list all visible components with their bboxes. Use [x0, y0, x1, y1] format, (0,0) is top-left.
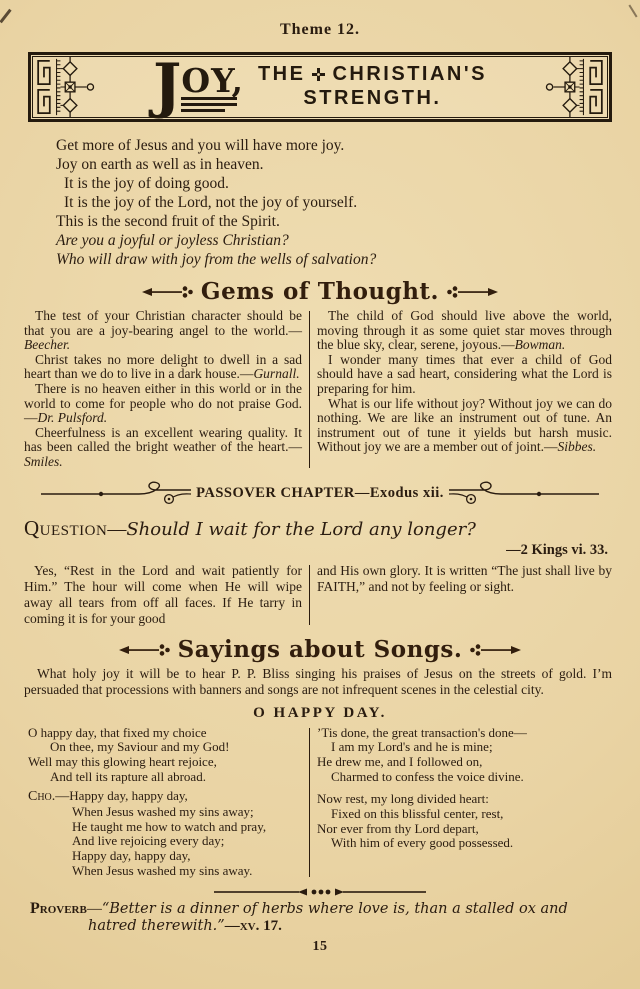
gems-quote: Christ takes no more delight to dwell in… [24, 353, 302, 382]
hymn-line: Fixed on this blissful center, rest, [317, 807, 612, 822]
gems-quote: The test of your Christian character sho… [24, 309, 302, 353]
intro-line: Joy on earth as well as in heaven. [56, 155, 620, 174]
hymn-columns: O happy day, that fixed my choice On the… [24, 726, 612, 879]
question-label: Question [24, 516, 107, 540]
hymn-line: And tell its rapture all abroad. [28, 770, 302, 785]
intro-line: Are you a joyful or joyless Christian? [56, 231, 620, 250]
theme-label: Theme 12. [0, 0, 640, 39]
heading-flourish-left-icon [119, 643, 171, 657]
proverb-reference: —xv. 17. [225, 918, 282, 934]
hymn-left-column: O happy day, that fixed my choice On the… [24, 726, 302, 879]
proverb-label: Proverb [30, 900, 87, 917]
hymn-line: O happy day, that fixed my choice [28, 726, 302, 741]
page-number: 15 [0, 939, 640, 955]
column-rule [309, 728, 310, 877]
question-answer: Yes, “Rest in the Lord and wait patientl… [24, 563, 302, 628]
title-underline [181, 109, 225, 112]
hymn-right-column: ’Tis done, the great transaction's done—… [317, 726, 612, 879]
intro-line: It is the joy of the Lord, not the joy o… [56, 193, 620, 212]
intro-line: It is the joy of doing good. [56, 174, 620, 193]
hymn-line: I am my Lord's and he is mine; [317, 740, 612, 755]
question-left-column: Yes, “Rest in the Lord and wait patientl… [24, 563, 302, 628]
hymn-line: Now rest, my long divided heart: [317, 792, 612, 807]
passover-divider: PASSOVER CHAPTER—Exodus xii. [0, 481, 640, 507]
gems-quote: There is no heaven either in this world … [24, 382, 302, 426]
heading-flourish-left-icon [142, 285, 194, 299]
question-columns: Yes, “Rest in the Lord and wait patientl… [24, 563, 612, 628]
gems-heading: Gems of Thought. [0, 278, 640, 305]
title-underline [181, 97, 237, 100]
hymn-line: When Jesus washed my sins away. [28, 864, 302, 879]
dotted-divider-icon [214, 887, 426, 897]
question-reference: —2 Kings vi. 33. [24, 542, 608, 559]
chorus-label: Cho.— [28, 789, 69, 804]
passover-label: PASSOVER CHAPTER—Exodus xii. [196, 485, 444, 502]
title-subtitle-strength: STRENGTH. [258, 86, 487, 110]
hymn-title: O HAPPY DAY. [0, 705, 640, 722]
gems-left-column: The test of your Christian character sho… [24, 309, 302, 470]
intro-line: Who will draw with joy from the wells of… [56, 250, 620, 269]
gems-quote: The child of God should live above the w… [317, 309, 612, 353]
page-title: J OY, THE [113, 57, 527, 117]
sayings-heading: Sayings about Songs. [0, 636, 640, 663]
question-text: Should I wait for the Lord any longer? [126, 519, 476, 540]
hymn-line: He taught me how to watch and pray, [28, 820, 302, 835]
hymn-line: Well may this glowing heart rejoice, [28, 755, 302, 770]
gems-heading-text: Gems of Thought. [201, 278, 439, 305]
heading-flourish-right-icon [446, 285, 498, 299]
title-subtitle-christians: CHRISTIAN'S [332, 62, 486, 86]
title-banner-inner: J OY, THE [32, 56, 608, 118]
sayings-paragraph: What holy joy it will be to hear P. P. B… [24, 666, 612, 697]
gems-quote: Cheerfulness is an excellent wearing qua… [24, 426, 302, 470]
intro-line: Get more of Jesus and you will have more… [56, 136, 620, 155]
banner-ornament-left-icon [33, 57, 113, 117]
hymn-line: He drew me, and I followed on, [317, 755, 612, 770]
question-right-column: and His own glory. It is written “The ju… [317, 563, 612, 628]
cross-icon [312, 68, 325, 81]
intro-line: This is the second fruit of the Spirit. [56, 212, 620, 231]
proverb-text: “Better is a dinner of herbs where love … [88, 901, 568, 935]
hymn-line: With him of every good possessed. [317, 836, 612, 851]
question-answer-cont: and His own glory. It is written “The ju… [317, 563, 612, 595]
hymn-line: ’Tis done, the great transaction's done— [317, 726, 612, 741]
title-subtitle-the: THE [258, 62, 306, 86]
hymn-line: On thee, my Saviour and my God! [28, 740, 302, 755]
column-rule [309, 311, 310, 468]
proverb: Proverb—“Better is a dinner of herbs whe… [30, 900, 614, 936]
title-subtitle: THE CHRISTIAN'S STRENGTH. [258, 62, 487, 110]
question-dash: — [107, 519, 126, 540]
hymn-line: When Jesus washed my sins away; [28, 805, 302, 820]
column-rule [309, 565, 310, 626]
title-word-rest: OY, [181, 68, 244, 94]
scroll-flourish-left-icon [41, 481, 191, 507]
quote-author: Dr. Pulsford. [38, 410, 108, 425]
title-dropcap: J [153, 61, 181, 111]
quote-author: Sibbes. [558, 439, 597, 454]
title-word-joy: J OY, [153, 61, 244, 112]
hymn-line: Charmed to confess the voice divine. [317, 770, 612, 785]
question-section: Question—Should I wait for the Lord any … [24, 516, 616, 559]
heading-flourish-right-icon [469, 643, 521, 657]
quote-author: Smiles. [24, 454, 63, 469]
scroll-flourish-right-icon [449, 481, 599, 507]
proverb-dash: — [87, 901, 102, 917]
quote-author: Gurnall. [253, 366, 299, 381]
hymn-line: And live rejoicing every day; [28, 834, 302, 849]
gems-quote: I wonder many times that ever a child of… [317, 353, 612, 397]
sayings-heading-text: Sayings about Songs. [178, 636, 463, 663]
hymn-chorus-first-line: Cho.—Happy day, happy day, [28, 789, 302, 805]
hymn-verse-2: Now rest, my long divided heart: Fixed o… [317, 792, 612, 851]
gems-right-column: The child of God should live above the w… [317, 309, 612, 470]
gems-quote: What is our life without joy? Without jo… [317, 397, 612, 455]
question-line: Question—Should I wait for the Lord any … [24, 516, 616, 542]
hymn-chorus: Cho.—Happy day, happy day, When Jesus wa… [28, 789, 302, 878]
banner-ornament-right-icon [527, 57, 607, 117]
quote-author: Bowman. [515, 337, 566, 352]
hymn-line: Happy day, happy day, [28, 849, 302, 864]
intro-lines: Get more of Jesus and you will have more… [56, 136, 620, 269]
hymn-line: Nor ever from thy Lord depart, [317, 822, 612, 837]
title-underline [181, 103, 237, 106]
quote-author: Beecher. [24, 337, 70, 352]
gems-columns: The test of your Christian character sho… [24, 309, 612, 470]
title-banner: J OY, THE [28, 52, 612, 122]
